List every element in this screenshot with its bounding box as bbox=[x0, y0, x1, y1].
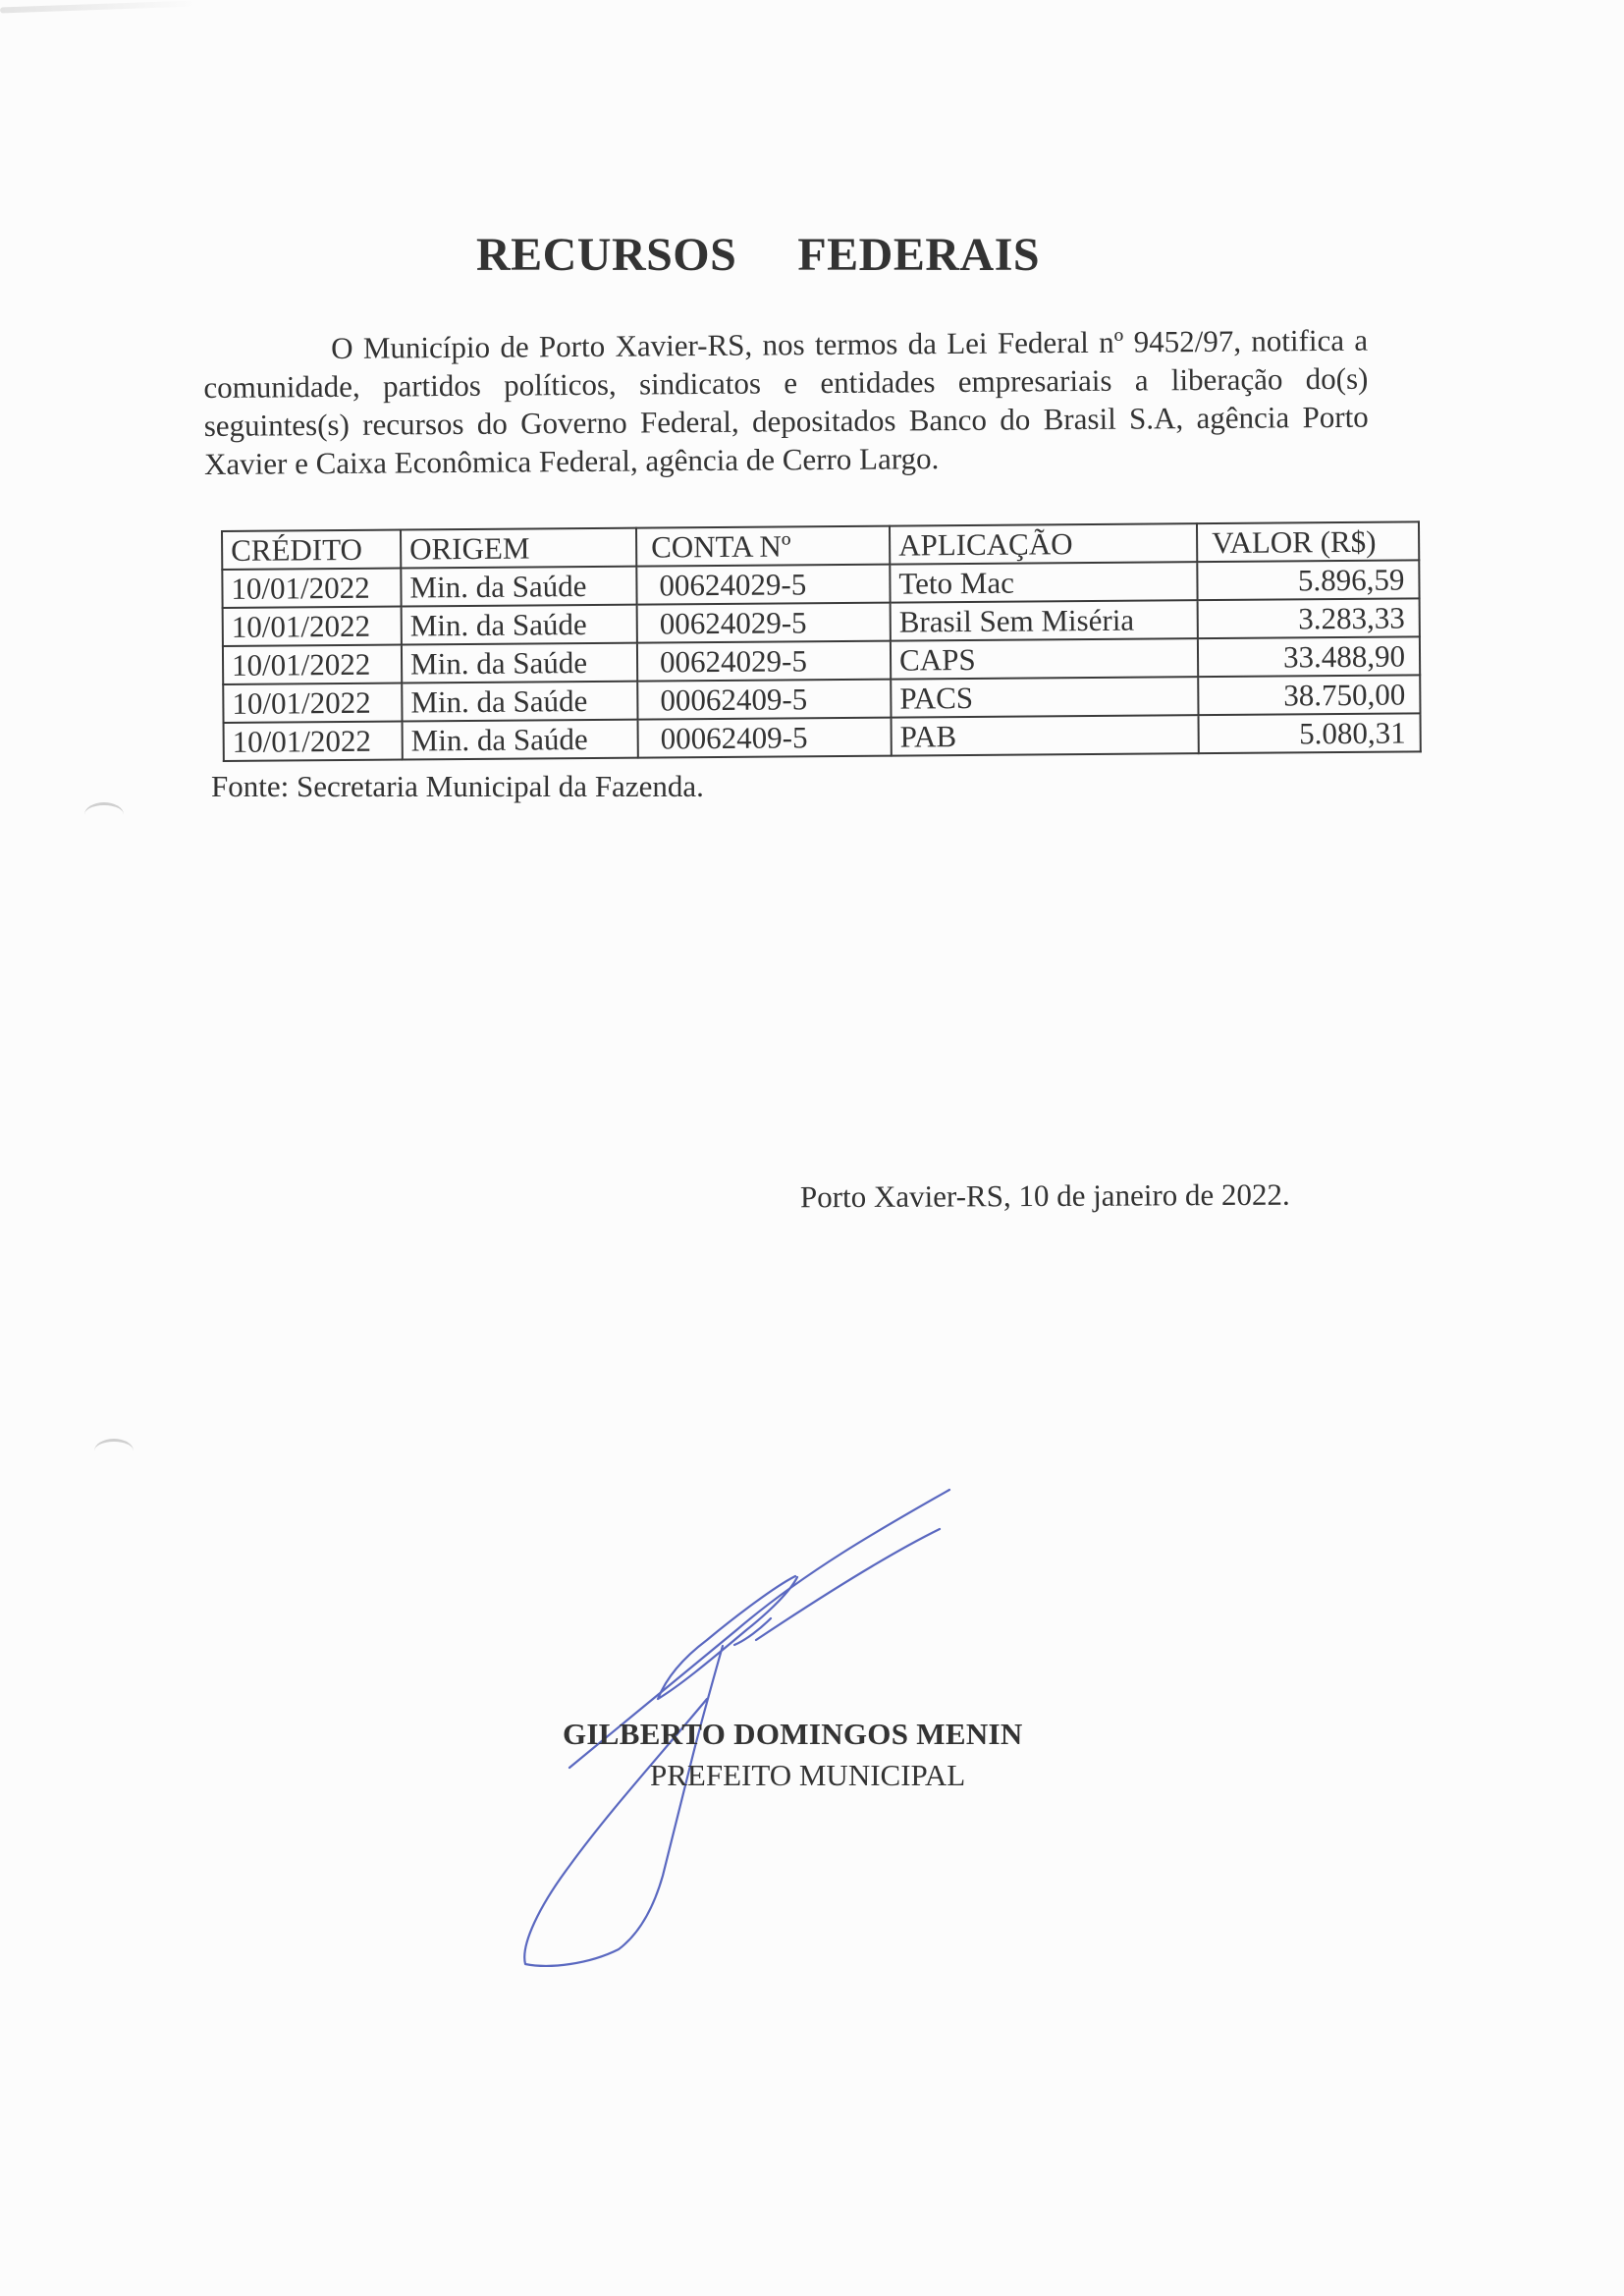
punch-hole-mark-top bbox=[84, 802, 124, 827]
cell-credito: 10/01/2022 bbox=[223, 645, 402, 684]
cell-conta: 00624029-5 bbox=[637, 641, 891, 682]
cell-valor: 3.283,33 bbox=[1198, 598, 1420, 638]
punch-hole-mark-bottom bbox=[94, 1439, 134, 1463]
cell-origem: Min. da Saúde bbox=[402, 682, 637, 722]
cell-valor: 33.488,90 bbox=[1198, 636, 1420, 677]
cell-aplicacao: CAPS bbox=[891, 638, 1198, 679]
cell-origem: Min. da Saúde bbox=[402, 605, 637, 645]
place-and-date: Porto Xavier-RS, 10 de janeiro de 2022. bbox=[800, 1177, 1290, 1216]
signer-role: PREFEITO MUNICIPAL bbox=[650, 1758, 965, 1793]
header-valor: VALOR (R$) bbox=[1197, 521, 1419, 562]
signer-name: GILBERTO DOMINGOS MENIN bbox=[563, 1717, 1023, 1752]
table-body: 10/01/2022Min. da Saúde00624029-5Teto Ma… bbox=[222, 560, 1420, 761]
header-credito: CRÉDITO bbox=[222, 530, 401, 570]
cell-credito: 10/01/2022 bbox=[223, 683, 402, 723]
cell-origem: Min. da Saúde bbox=[401, 567, 636, 607]
cell-valor: 5.896,59 bbox=[1197, 560, 1419, 600]
source-note: Fonte: Secretaria Municipal da Fazenda. bbox=[211, 769, 704, 804]
cell-credito: 10/01/2022 bbox=[223, 607, 402, 646]
cell-aplicacao: Teto Mac bbox=[890, 562, 1197, 602]
cell-valor: 5.080,31 bbox=[1199, 713, 1421, 753]
cell-conta: 00624029-5 bbox=[637, 603, 891, 643]
header-aplicacao: APLICAÇÃO bbox=[890, 523, 1197, 564]
cell-origem: Min. da Saúde bbox=[402, 643, 637, 683]
cell-valor: 38.750,00 bbox=[1198, 675, 1420, 715]
resources-table: CRÉDITO ORIGEM CONTA Nº APLICAÇÃO VALOR … bbox=[221, 520, 1422, 762]
header-origem: ORIGEM bbox=[401, 528, 636, 569]
scan-edge-smudge bbox=[0, 1, 196, 14]
cell-conta: 00062409-5 bbox=[637, 680, 891, 720]
cell-origem: Min. da Saúde bbox=[403, 720, 638, 760]
header-conta: CONTA Nº bbox=[636, 526, 890, 567]
intro-paragraph-block: O Município de Porto Xavier-RS, nos term… bbox=[203, 321, 1369, 483]
intro-paragraph: O Município de Porto Xavier-RS, nos term… bbox=[203, 321, 1369, 483]
document-title: RECURSOSFEDERAIS bbox=[0, 228, 1570, 282]
table-row: 10/01/2022Min. da Saúde00062409-5PAB5.08… bbox=[224, 713, 1421, 761]
cell-aplicacao: PACS bbox=[891, 677, 1198, 717]
document-page: RECURSOSFEDERAIS O Município de Porto Xa… bbox=[0, 0, 1624, 2296]
cell-credito: 10/01/2022 bbox=[224, 722, 403, 761]
cell-credito: 10/01/2022 bbox=[222, 569, 401, 608]
title-word-2: FEDERAIS bbox=[797, 228, 1040, 282]
cell-conta: 00624029-5 bbox=[636, 565, 890, 605]
cell-aplicacao: Brasil Sem Miséria bbox=[891, 600, 1198, 640]
resources-table-wrapper: CRÉDITO ORIGEM CONTA Nº APLICAÇÃO VALOR … bbox=[221, 520, 1422, 762]
cell-aplicacao: PAB bbox=[892, 715, 1199, 755]
title-word-1: RECURSOS bbox=[476, 228, 736, 282]
cell-conta: 00062409-5 bbox=[638, 718, 892, 758]
